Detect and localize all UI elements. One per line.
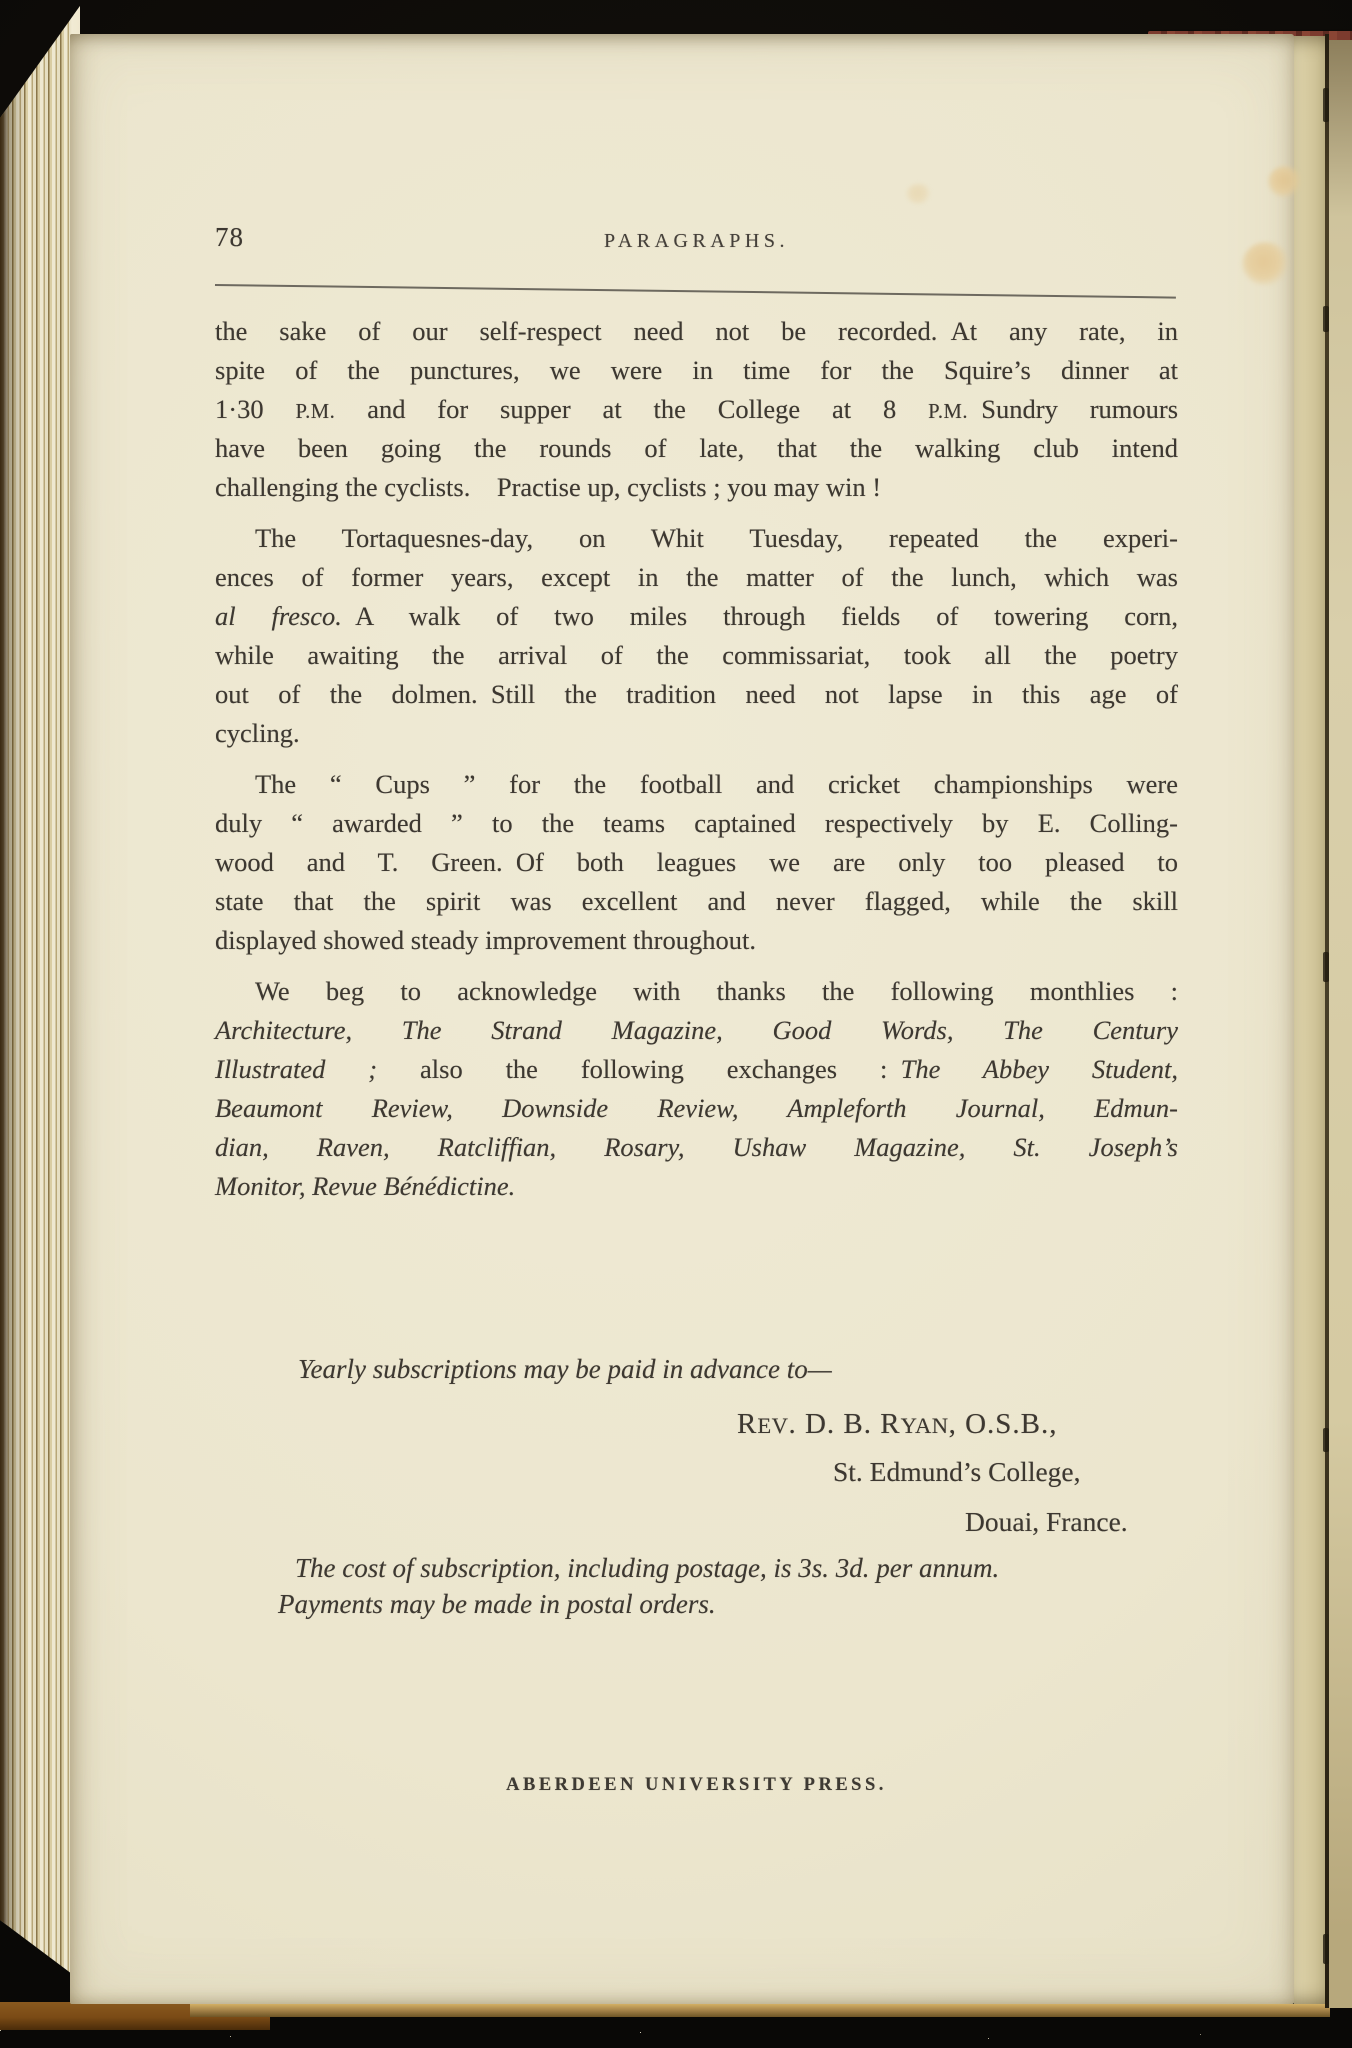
text-line: have been going the rounds of late, that… [215, 429, 1178, 468]
body-text: the sake of our self-respect need not be… [215, 312, 1178, 1218]
text-line: The “ Cups ” for the football and cricke… [215, 765, 1178, 804]
text-segment: the sake of our self-respect need not be… [215, 316, 1178, 346]
text-line: the sake of our self-respect need not be… [215, 312, 1178, 351]
text-segment: and for supper at the College at 8 [335, 394, 928, 424]
crease-flaw-mark [1323, 1428, 1329, 1452]
text-line: Beaumont Review, Downside Review, Amplef… [215, 1089, 1178, 1128]
paragraph: The “ Cups ” for the football and cricke… [215, 765, 1178, 960]
text-line: duly “ awarded ” to the teams captained … [215, 804, 1178, 843]
text-segment: dian, Raven, Ratcliffian, Rosary, Ushaw … [215, 1132, 1178, 1162]
text-segment: while awaiting the arrival of the commis… [215, 640, 1178, 670]
text-segment: The “ Cups ” for the football and cricke… [255, 769, 1178, 799]
header-rule [215, 284, 1176, 299]
text-segment: Beaumont Review, Downside Review, Amplef… [215, 1093, 1178, 1123]
text-segment: Monitor, Revue Bénédictine. [215, 1171, 515, 1201]
subscription-address-line1: St. Edmund’s College, [833, 1456, 1081, 1488]
text-segment: challenging the cyclists. Practise up, c… [215, 472, 881, 502]
text-segment: also the following exchanges : [377, 1054, 901, 1084]
text-segment: Illustrated ; [215, 1054, 377, 1084]
text-segment: Architecture, The Strand Magazine, Good … [215, 1015, 1178, 1045]
text-segment: R [737, 1408, 757, 1440]
foxing-stain [1242, 242, 1290, 286]
text-line: while awaiting the arrival of the commis… [215, 636, 1178, 675]
text-segment: state that the spirit was excellent and … [215, 886, 1178, 916]
text-line: challenging the cyclists. Practise up, c… [215, 468, 1178, 507]
text-segment: Sundry rumours [968, 394, 1178, 424]
text-segment: The Tortaquesnes-day, on Whit Tuesday, r… [255, 523, 1178, 553]
crease-flaw-mark [1323, 88, 1329, 122]
text-segment: , O.S.B., [949, 1408, 1058, 1440]
text-line: dian, Raven, Ratcliffian, Rosary, Ushaw … [215, 1128, 1178, 1167]
text-line: 1·30 P.M. and for supper at the College … [215, 390, 1178, 429]
text-line: Monitor, Revue Bénédictine. [215, 1167, 1178, 1206]
page-edge-right [1294, 36, 1326, 2004]
text-segment: duly “ awarded ” to the teams captained … [215, 808, 1178, 838]
paragraph: the sake of our self-respect need not be… [215, 312, 1178, 507]
subscription-cost-line2: Payments may be made in postal orders. [278, 1589, 716, 1620]
running-header: PARAGRAPHS. [215, 230, 1178, 253]
scanned-book-photo: { "header": { "page_number": "78", "titl… [0, 0, 1352, 2048]
text-segment: EV [757, 1413, 788, 1438]
text-line: Architecture, The Strand Magazine, Good … [215, 1011, 1178, 1050]
text-segment: YAN [901, 1413, 949, 1438]
text-segment: ences of former years, except in the mat… [215, 562, 1178, 592]
page-stack-left-edge [0, 0, 80, 1982]
text-line: ences of former years, except in the mat… [215, 558, 1178, 597]
foxing-stain [1268, 166, 1302, 198]
text-segment: displayed showed steady improvement thro… [215, 925, 756, 955]
text-line: The Tortaquesnes-day, on Whit Tuesday, r… [215, 519, 1178, 558]
text-segment: A walk of two miles through fields of to… [342, 601, 1178, 631]
paragraph: We beg to acknowledge with thanks the fo… [215, 972, 1178, 1206]
book-page: 78 PARAGRAPHS. the sake of our self-resp… [70, 34, 1294, 2004]
text-segment: P.M. [928, 401, 968, 423]
printer-imprint: ABERDEEN UNIVERSITY PRESS. [215, 1775, 1178, 1796]
text-segment: 1·30 [215, 394, 295, 424]
page-edge-far-right [1329, 40, 1352, 2008]
subscription-recipient: REV. D. B. RYAN, O.S.B., [737, 1408, 1058, 1441]
text-segment: cycling. [215, 718, 300, 748]
text-segment: al fresco. [215, 601, 342, 631]
text-segment: P.M. [295, 401, 335, 423]
text-line: state that the spirit was excellent and … [215, 882, 1178, 921]
text-line: Illustrated ; also the following exchang… [215, 1050, 1178, 1089]
subscription-cost-line1: The cost of subscription, including post… [295, 1553, 999, 1584]
text-line: displayed showed steady improvement thro… [215, 921, 1178, 960]
text-segment: . D. B. R [788, 1408, 900, 1440]
crease-flaw-mark [1323, 1934, 1329, 1964]
text-line: cycling. [215, 714, 1178, 753]
text-line: spite of the punctures, we were in time … [215, 351, 1178, 390]
subscription-address-line2: Douai, France. [965, 1506, 1128, 1538]
text-line: out of the dolmen. Still the tradition n… [215, 675, 1178, 714]
text-line: al fresco. A walk of two miles through f… [215, 597, 1178, 636]
text-line: wood and T. Green. Of both leagues we ar… [215, 843, 1178, 882]
paragraph: The Tortaquesnes-day, on Whit Tuesday, r… [215, 519, 1178, 753]
text-segment: spite of the punctures, we were in time … [215, 355, 1178, 385]
dust-specks [0, 2030, 1, 2031]
text-segment: have been going the rounds of late, that… [215, 433, 1178, 463]
gilt-edge-bottom [190, 2004, 1330, 2017]
subscription-intro: Yearly subscriptions may be paid in adva… [298, 1354, 832, 1385]
text-segment: wood and T. Green. Of both leagues we ar… [215, 847, 1178, 877]
foxing-stain [906, 184, 932, 204]
text-segment: The Abbey Student, [901, 1054, 1178, 1084]
text-segment: We beg to acknowledge with thanks the fo… [255, 976, 1178, 1006]
text-segment: out of the dolmen. Still the tradition n… [215, 679, 1178, 709]
text-line: We beg to acknowledge with thanks the fo… [215, 972, 1178, 1011]
crease-flaw-mark [1323, 952, 1329, 982]
crease-flaw-mark [1323, 306, 1329, 332]
